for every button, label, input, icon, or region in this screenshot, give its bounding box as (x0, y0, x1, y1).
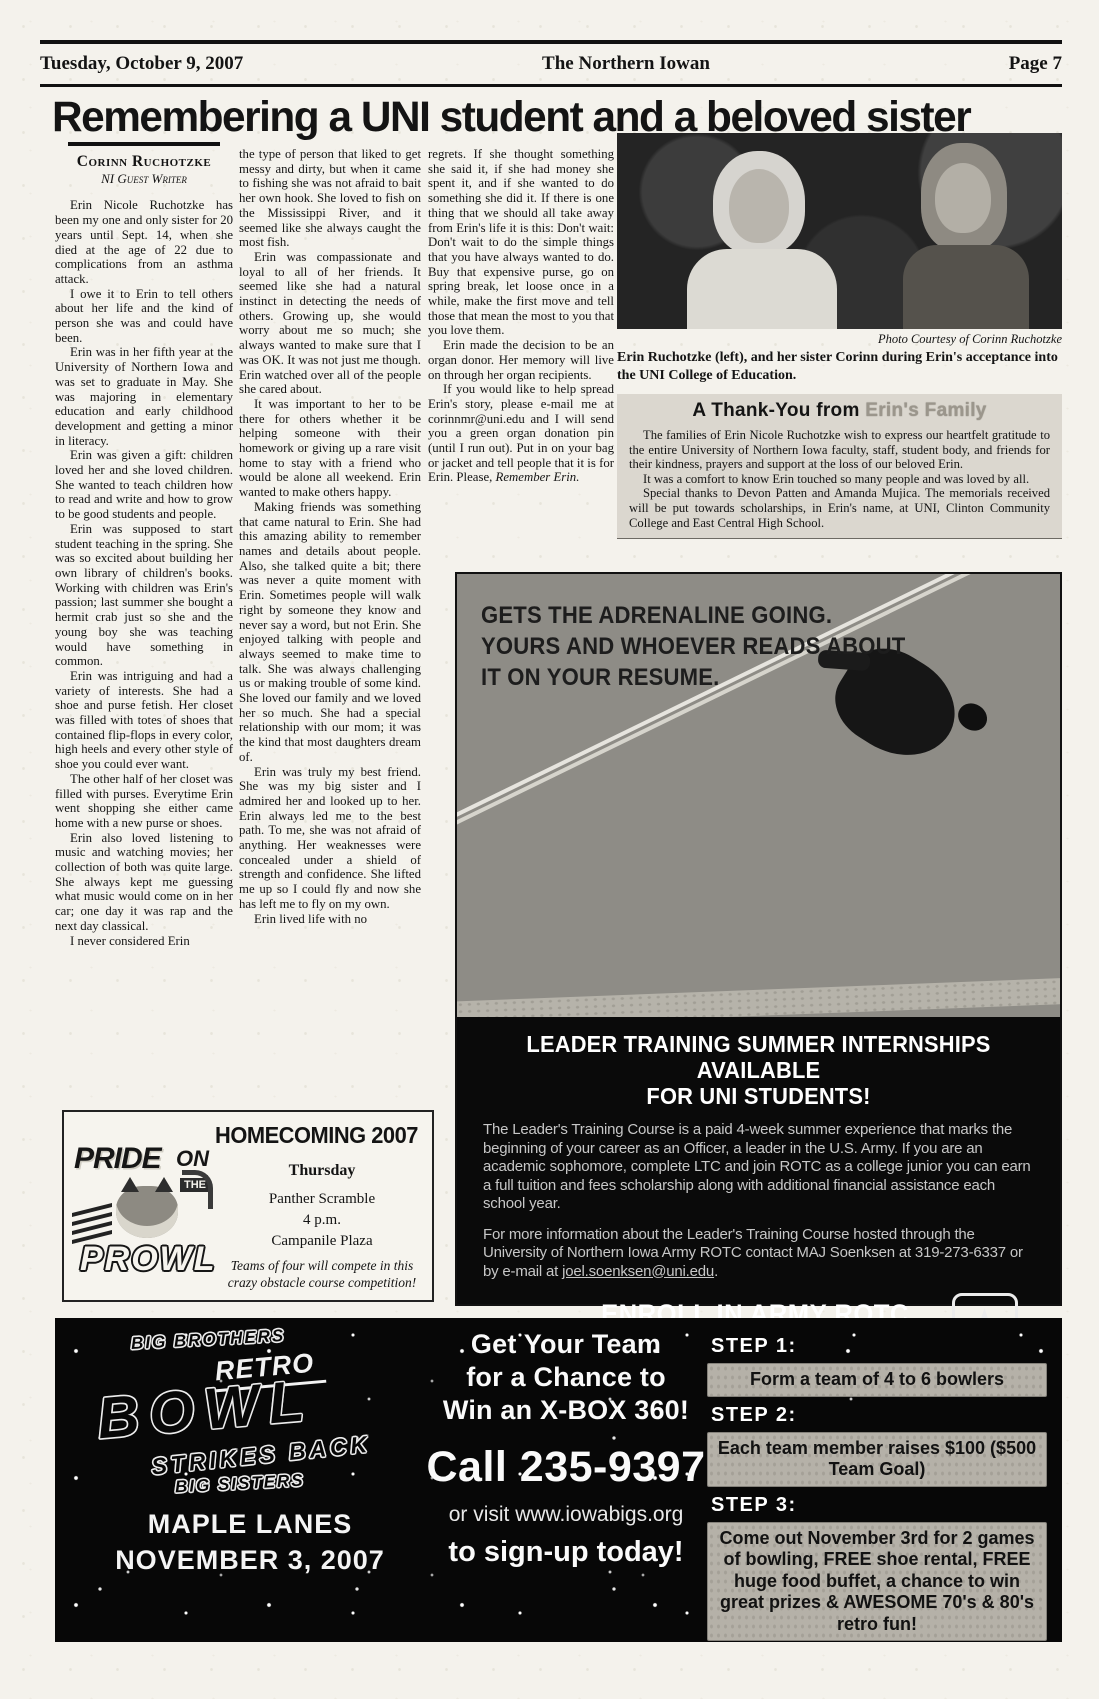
photo-erin-and-corinn (617, 133, 1062, 329)
newspaper-page: Tuesday, October 9, 2007 The Northern Io… (0, 0, 1099, 1699)
rappelling-soldier-photo: GETS THE ADRENALINE GOING. YOURS AND WHO… (457, 574, 1060, 1017)
cliff-ledge (457, 976, 1060, 1017)
rotc-contact-text-end: . (714, 1263, 718, 1280)
paragraph: regrets. If she thought something she sa… (428, 147, 614, 338)
rotc-tagline-line: GETS THE ADRENALINE GOING. (481, 600, 905, 631)
thank-you-box: A Thank-You from Erin's Family The famil… (617, 394, 1062, 539)
paragraph: The other half of her closet was filled … (55, 772, 233, 831)
article-column-3: regrets. If she thought something she sa… (428, 147, 614, 485)
rotc-tagline: GETS THE ADRENALINE GOING. YOURS AND WHO… (481, 600, 905, 693)
paragraph: Erin made the decision to be an organ do… (428, 338, 614, 382)
article-column-2: the type of person that liked to get mes… (239, 147, 421, 926)
logo-prowl-text: PROWL (80, 1240, 217, 1279)
byline-role: NI Guest Writer (55, 172, 233, 187)
pitch-line: for a Chance to (407, 1361, 725, 1394)
paragraph: Erin was supposed to start student teach… (55, 522, 233, 669)
masthead-date: Tuesday, October 9, 2007 (40, 53, 243, 75)
venue-date: NOVEMBER 3, 2007 (85, 1542, 415, 1578)
homecoming-details-block: Thursday Panther Scramble 4 p.m. Campani… (224, 1160, 420, 1291)
website-cta[interactable]: or visit www.iowabigs.org (407, 1503, 725, 1527)
steps-block: STEP 1: Form a team of 4 to 6 bowlers ST… (707, 1328, 1047, 1641)
rotc-ad-headline: LEADER TRAINING SUMMER INTERNSHIPS AVAIL… (497, 1031, 1020, 1109)
pride-on-the-prowl-logo: PRIDE ON THE PROWL (72, 1134, 222, 1292)
rotc-headline-line-1: LEADER TRAINING SUMMER INTERNSHIPS AVAIL… (497, 1031, 1020, 1083)
byline-rule (68, 142, 220, 146)
thank-you-title-highlight: Erin's Family (865, 400, 986, 421)
homecoming-box: HOMECOMING 2007 Thursday Panther Scrambl… (62, 1110, 434, 1302)
paragraph: Erin also loved listening to music and w… (55, 831, 233, 934)
venue-block: MAPLE LANES NOVEMBER 3, 2007 (85, 1506, 415, 1578)
thank-you-paragraph: It was a comfort to know Erin touched so… (629, 472, 1050, 487)
homecoming-event: Panther Scramble (224, 1189, 420, 1210)
paragraph: If you would like to help spread Erin's … (428, 382, 614, 485)
speed-lines (72, 1203, 112, 1217)
thank-you-paragraph: The families of Erin Nicole Ruchotzke wi… (629, 428, 1050, 472)
masthead-page-number: Page 7 (1009, 53, 1062, 75)
rotc-tagline-line: IT ON YOUR RESUME. (481, 662, 905, 693)
erin-body (687, 249, 837, 329)
army-rotc-ad: GETS THE ADRENALINE GOING. YOURS AND WHO… (455, 572, 1062, 1306)
rotc-email-link[interactable]: joel.soenksen@uni.edu (562, 1263, 714, 1280)
paragraph: I owe it to Erin to tell others about he… (55, 287, 233, 346)
thank-you-title-prefix: A Thank-You from (692, 400, 865, 421)
homecoming-title: HOMECOMING 2007 (210, 1122, 424, 1149)
logo-on-text: ON (176, 1146, 209, 1172)
corinn-body (903, 245, 1029, 329)
paragraph: Erin was in her fifth year at the Univer… (55, 345, 233, 448)
paragraph: Making friends was something that came n… (239, 500, 421, 765)
step-3-text: Come out November 3rd for 2 games of bow… (707, 1522, 1047, 1642)
photo-credit: Photo Courtesy of Corinn Ruchotzke (617, 332, 1062, 347)
step-1-text: Form a team of 4 to 6 bowlers (707, 1363, 1047, 1397)
corinn-face (935, 163, 991, 233)
article-column-1: Corinn Ruchotzke NI Guest Writer Erin Ni… (55, 140, 233, 948)
paragraph-text: If you would like to help spread Erin's … (428, 382, 614, 484)
homecoming-place: Campanile Plaza (224, 1231, 420, 1252)
masthead-rule (40, 84, 1062, 87)
paragraph: the type of person that liked to get mes… (239, 147, 421, 250)
rotc-body-paragraph-1: The Leader's Training Course is a paid 4… (483, 1121, 1034, 1214)
rotc-body-paragraph-2: For more information about the Leader's … (483, 1226, 1034, 1282)
thank-you-paragraph: Special thanks to Devon Patten and Amand… (629, 486, 1050, 530)
photo-caption: Erin Ruchotzke (left), and her sister Co… (617, 349, 1062, 384)
paragraph: Erin was given a gift: children loved he… (55, 448, 233, 522)
logo-pride-text: PRIDE (74, 1142, 161, 1176)
paragraph: Erin Nicole Ruchotzke has been my one an… (55, 198, 233, 286)
masthead-paper-title: The Northern Iowan (542, 53, 710, 75)
paragraph: Erin was intriguing and had a variety of… (55, 669, 233, 772)
panther-icon (116, 1186, 178, 1238)
paragraph: Erin was truly my best friend. She was m… (239, 765, 421, 912)
thank-you-title: A Thank-You from Erin's Family (629, 400, 1050, 422)
venue-name: MAPLE LANES (85, 1506, 415, 1542)
remember-erin-emphasis: Remember Erin. (496, 470, 580, 484)
byline: Corinn Ruchotzke NI Guest Writer (55, 142, 233, 186)
masthead: Tuesday, October 9, 2007 The Northern Io… (40, 53, 1062, 75)
paragraph: Erin was compassionate and loyal to all … (239, 250, 421, 397)
big-brothers-label: BIG BROTHERS (131, 1326, 286, 1354)
byline-author: Corinn Ruchotzke (55, 155, 233, 170)
erin-face (729, 169, 789, 243)
pitch-line: Get Your Team (407, 1328, 725, 1361)
step-3-label: STEP 3: (711, 1494, 1047, 1517)
paragraph: Erin lived life with no (239, 912, 421, 927)
pitch-line: Win an X-BOX 360! (407, 1394, 725, 1427)
homecoming-day: Thursday (224, 1160, 420, 1181)
phone-cta: Call 235-9397 (407, 1443, 725, 1492)
rotc-tagline-line: YOURS AND WHOEVER READS ABOUT (481, 631, 905, 662)
bowling-pitch-block: Get Your Team for a Chance to Win an X-B… (407, 1328, 725, 1569)
step-1-label: STEP 1: (711, 1335, 1047, 1358)
rotc-headline-line-2: FOR UNI STUDENTS! (497, 1083, 1020, 1109)
step-2-label: STEP 2: (711, 1404, 1047, 1427)
top-rule (40, 40, 1062, 44)
step-2-text: Each team member raises $100 ($500 Team … (707, 1432, 1047, 1487)
panther-tail (182, 1170, 213, 1209)
homecoming-time: 4 p.m. (224, 1210, 420, 1231)
retro-bowl-ad: BIG BROTHERS RETRO BOWL STRIKES BACK BIG… (55, 1318, 1062, 1642)
homecoming-description: Teams of four will compete in this crazy… (224, 1258, 420, 1291)
paragraph: I never considered Erin (55, 934, 233, 949)
signup-cta: to sign-up today! (407, 1536, 725, 1569)
paragraph: It was important to her to be there for … (239, 397, 421, 500)
